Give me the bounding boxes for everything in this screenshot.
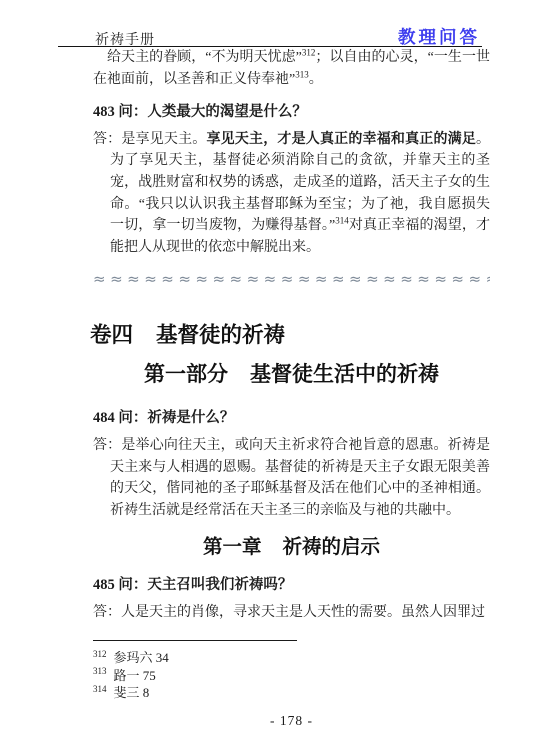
footnote-text: 斐三 8 — [114, 685, 150, 700]
part-title: 基督徒生活中的祈祷 — [250, 362, 439, 386]
document-page: 祈祷手册 教理问答 给天主的眷顾，“不为明天忧虑”312；以自由的心灵，“一生一… — [0, 0, 555, 737]
continued-paragraph: 给天主的眷顾，“不为明天忧虑”312；以自由的心灵，“一生一世在祂面前，以圣善和… — [93, 47, 490, 90]
answer-label: 答： — [93, 132, 121, 147]
wavy-section-separator: ≈≈≈≈≈≈≈≈≈≈≈≈≈≈≈≈≈≈≈≈≈≈≈≈≈≈≈≈≈ — [93, 268, 490, 290]
answer-text: 是举心向往天主，或向天主祈求符合祂旨意的恩惠。祈祷是天主来与人相遇的恩赐。基督徒… — [110, 438, 490, 518]
answer-484: 答：是举心向往天主，或向天主祈求符合祂旨意的恩惠。祈祷是天主来与人相遇的恩赐。基… — [93, 435, 490, 521]
footnote-ref-313: 313 — [295, 69, 309, 79]
answer-text: 人是天主的肖像，寻求天主是人天性的需要。虽然人因罪过 — [121, 605, 485, 620]
paragraph-text: 给天主的眷顾，“不为明天忧虑” — [107, 50, 302, 65]
footnote-number: 313 — [93, 666, 107, 676]
question-483: 483 问：人类最大的渴望是什么？ — [93, 102, 490, 124]
footnote-312: 312参玛六 34 — [93, 649, 490, 667]
chapter-heading: 第一章祈祷的启示 — [93, 535, 490, 561]
footnote-number: 314 — [93, 684, 107, 694]
question-484: 484 问：祈祷是什么？ — [93, 408, 490, 430]
footnote-text: 参玛六 34 — [114, 650, 169, 665]
part-number: 第一部分 — [144, 362, 228, 386]
footnote-text: 路一 75 — [114, 668, 156, 683]
volume-title: 基督徒的祈祷 — [156, 323, 285, 347]
part-heading: 第一部分基督徒生活中的祈祷 — [93, 360, 490, 388]
footnote-ref-312: 312 — [302, 47, 316, 57]
page-number: - 178 - — [93, 713, 490, 729]
chapter-number: 第一章 — [203, 537, 262, 558]
volume-number: 卷四 — [90, 323, 133, 347]
volume-heading: 卷四基督徒的祈祷 — [90, 321, 490, 349]
answer-text: 是享见天主。 — [121, 132, 206, 147]
paragraph-text: 。 — [309, 72, 323, 87]
footnote-ref-314: 314 — [335, 216, 349, 226]
text-column: 给天主的眷顾，“不为明天忧虑”312；以自由的心灵，“一生一世在祂面前，以圣善和… — [93, 47, 490, 624]
footnote-block: 312参玛六 34 313路一 75 314斐三 8 — [93, 640, 490, 702]
answer-emphasis: 享见天主，才是人真正的幸福和真正的满足 — [207, 132, 477, 147]
footnote-314: 314斐三 8 — [93, 684, 490, 702]
question-485: 485 问：天主召叫我们祈祷吗？ — [93, 575, 490, 597]
qa-block-483: 483 问：人类最大的渴望是什么？ 答：是享见天主。享见天主，才是人真正的幸福和… — [93, 102, 490, 258]
answer-label: 答： — [93, 605, 121, 620]
footnote-number: 312 — [93, 649, 107, 659]
answer-label: 答： — [93, 438, 121, 453]
qa-block-484: 484 问：祈祷是什么？ 答：是举心向往天主，或向天主祈求符合祂旨意的恩惠。祈祷… — [93, 408, 490, 521]
answer-485: 答：人是天主的肖像，寻求天主是人天性的需要。虽然人因罪过 — [93, 602, 490, 624]
footnote-rule — [93, 640, 297, 641]
answer-483: 答：是享见天主。享见天主，才是人真正的幸福和真正的满足。为了享见天主，基督徒必须… — [93, 129, 490, 259]
qa-block-485: 485 问：天主召叫我们祈祷吗？ 答：人是天主的肖像，寻求天主是人天性的需要。虽… — [93, 575, 490, 623]
chapter-title: 祈祷的启示 — [283, 537, 381, 558]
footnote-313: 313路一 75 — [93, 667, 490, 685]
